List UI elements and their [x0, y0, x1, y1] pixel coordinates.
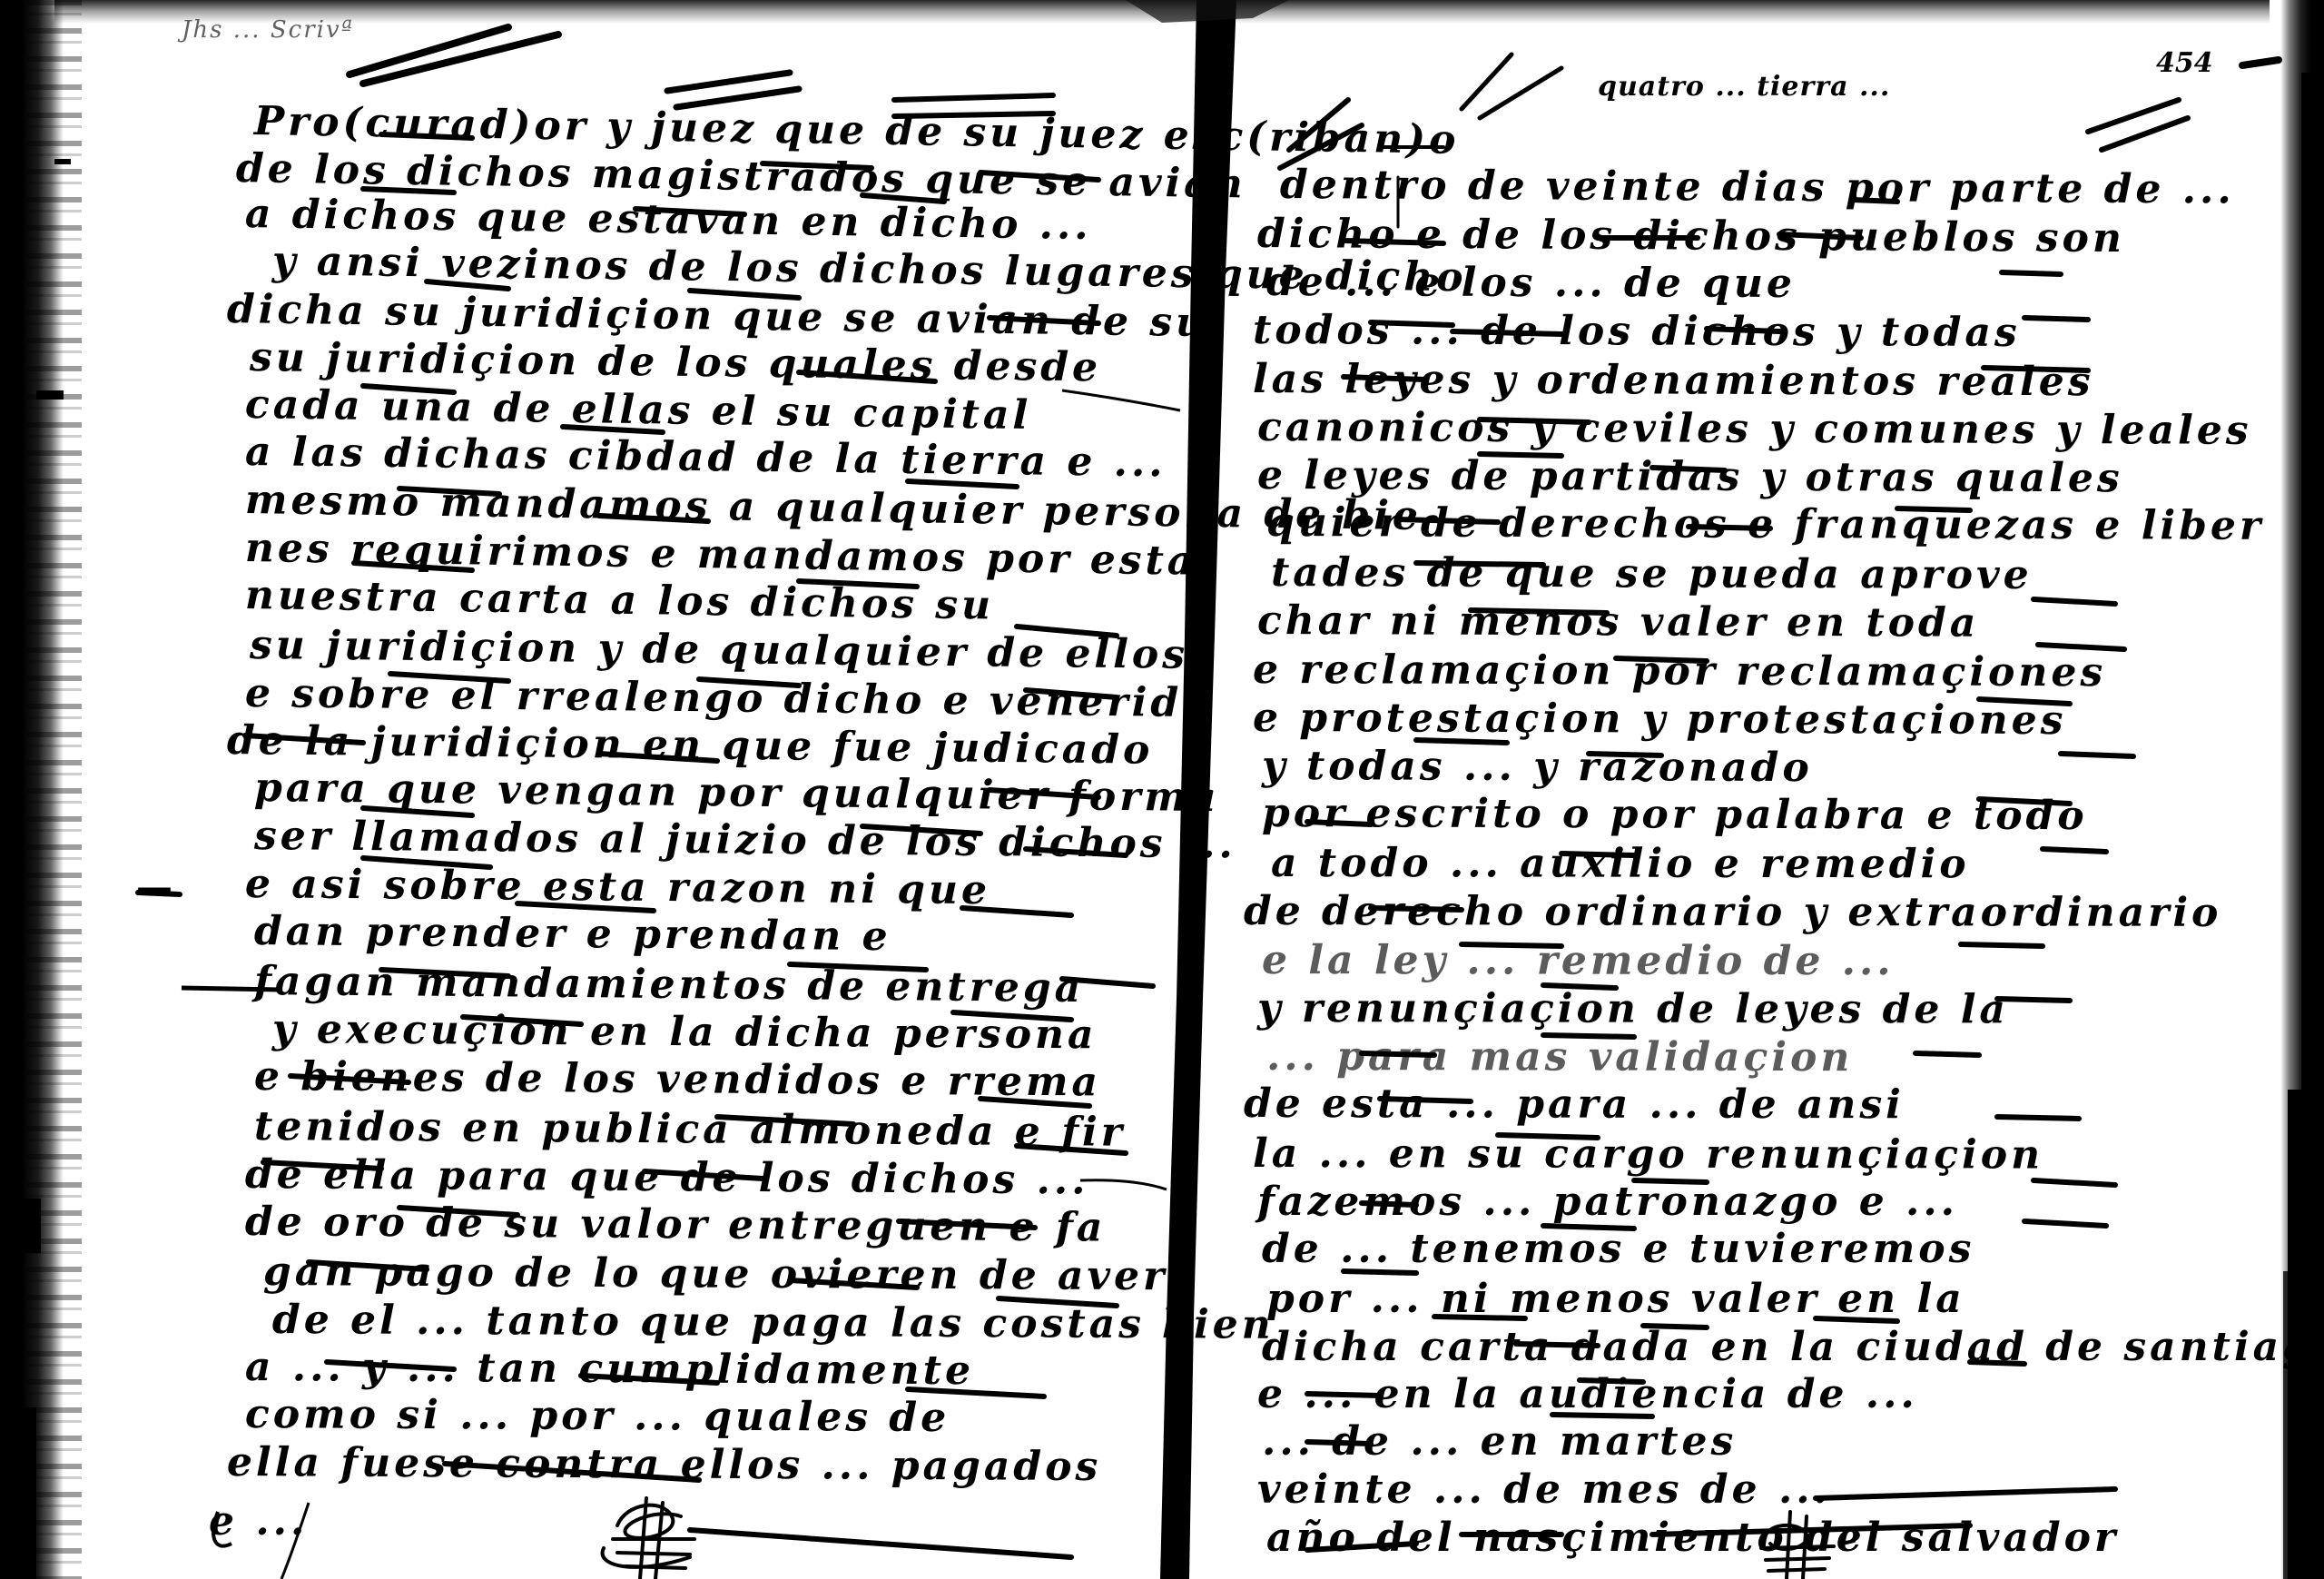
text-line: ... de ... en martes: [1262, 1418, 1737, 1465]
text-line: e la ley ... remedio de ...: [1262, 937, 1895, 984]
text-line: dan prender e prendan e: [254, 908, 891, 960]
text-line: las leyes y ordenamientos reales: [1253, 356, 2094, 405]
text-line: de ... tenemos e tuvieremos: [1262, 1226, 1974, 1272]
text-line: ser llamados al juizio de los dichos ...: [254, 813, 1236, 867]
header-note: quatro ... tierra ...: [1598, 71, 1890, 103]
manuscript-spread: Jhs ... Scrivª — Pro(curad)or y juez que…: [0, 0, 2324, 1579]
text-line: char ni menos valer en toda: [1257, 597, 1980, 646]
text-line: e ... en la audiencia de ...: [1257, 1371, 1918, 1417]
top-note-left: Jhs ... Scrivª: [182, 16, 354, 44]
text-line: e sobre el rrealengo dicho e venerido: [245, 670, 1213, 726]
text-line: e reclamaçion por reclamaçiones: [1253, 646, 2106, 696]
text-line: fazemos ... patronazgo e ...: [1257, 1179, 1958, 1225]
text-line: e ...: [209, 1498, 308, 1544]
text-line: e protestaçion y protestaçiones: [1253, 695, 2067, 744]
text-line: como si ... por ... quales de: [245, 1391, 950, 1441]
text-line: dicha carta dada en la ciudad de santiag…: [1262, 1324, 2324, 1370]
text-line: y execuçion en la dicha persona: [272, 1006, 1098, 1058]
text-line: ella fuese contra ellos ... pagados: [227, 1439, 1102, 1490]
text-line: de ... e los ... de que: [1266, 259, 1796, 307]
text-line: e bienes de los vendidos e rrema: [254, 1053, 1101, 1106]
text-line: a todo ... auxilio e remedio: [1271, 840, 1970, 887]
text-line: por escrito o por palabra e todo: [1262, 790, 2088, 839]
text-line: canonicos y ceviles y comunes y leales: [1257, 404, 2252, 454]
folio-number: 454: [2156, 47, 2213, 79]
margin-mark: —: [136, 867, 172, 909]
text-line: tades de que se pueda aprove: [1271, 549, 2033, 598]
text-line: de derecho ordinario y extraordinario: [1244, 888, 2222, 936]
text-line: a ... y ... tan cumplidamente: [245, 1344, 974, 1394]
left-page: Jhs ... Scrivª — Pro(curad)or y juez que…: [64, 0, 1189, 1579]
text-line: gan pago de lo que ovieren de aver: [263, 1248, 1168, 1299]
text-line: e leyes de partidas y otras quales: [1257, 452, 2123, 501]
text-line: tenidos en publica almoneda e fir: [254, 1103, 1126, 1156]
text-line: año del nasçimiento del salvador: [1266, 1515, 2119, 1561]
text-line: de el ... tanto que paga las costas bien: [272, 1297, 1275, 1348]
text-line: dentro de veinte dias por parte de ...: [1280, 162, 2235, 213]
text-line: de oro de su valor entreguen e fa: [245, 1199, 1107, 1251]
text-line: fagan mandamientos de entrega: [254, 958, 1085, 1012]
text-line: y renunçiaçion de leyes de la: [1257, 985, 2009, 1032]
text-line: y todas ... y razonado: [1262, 743, 1813, 791]
text-line: e asi sobre esta razon ni que: [245, 861, 990, 913]
text-line: su juridiçion y de qualquier de ellos: [250, 622, 1189, 678]
text-line: para que vengan por qualquier forma: [254, 765, 1220, 821]
text-line: por ... ni menos valer en la: [1266, 1276, 1965, 1322]
text-line: de ella para que de los dichos ...: [245, 1151, 1089, 1203]
right-page: quatro ... tierra ... 454 dentro de vein…: [1216, 0, 2283, 1579]
text-line: dicho e de los dichos pueblos son: [1257, 211, 2125, 262]
text-line: nuestra carta a los dichos su: [245, 572, 995, 629]
text-line: la ... en su cargo renunçiaçion: [1253, 1130, 2043, 1179]
text-line: de esta ... para ... de ansi: [1244, 1081, 1905, 1128]
text-line: veinte ... de mes de ...: [1257, 1466, 1831, 1513]
text-line: todos ... de los dichos y todas: [1253, 307, 2021, 356]
text-line: quier de derechos e franquezas e liber: [1266, 499, 2264, 549]
text-line: ... para mas validaçion: [1266, 1033, 1853, 1081]
